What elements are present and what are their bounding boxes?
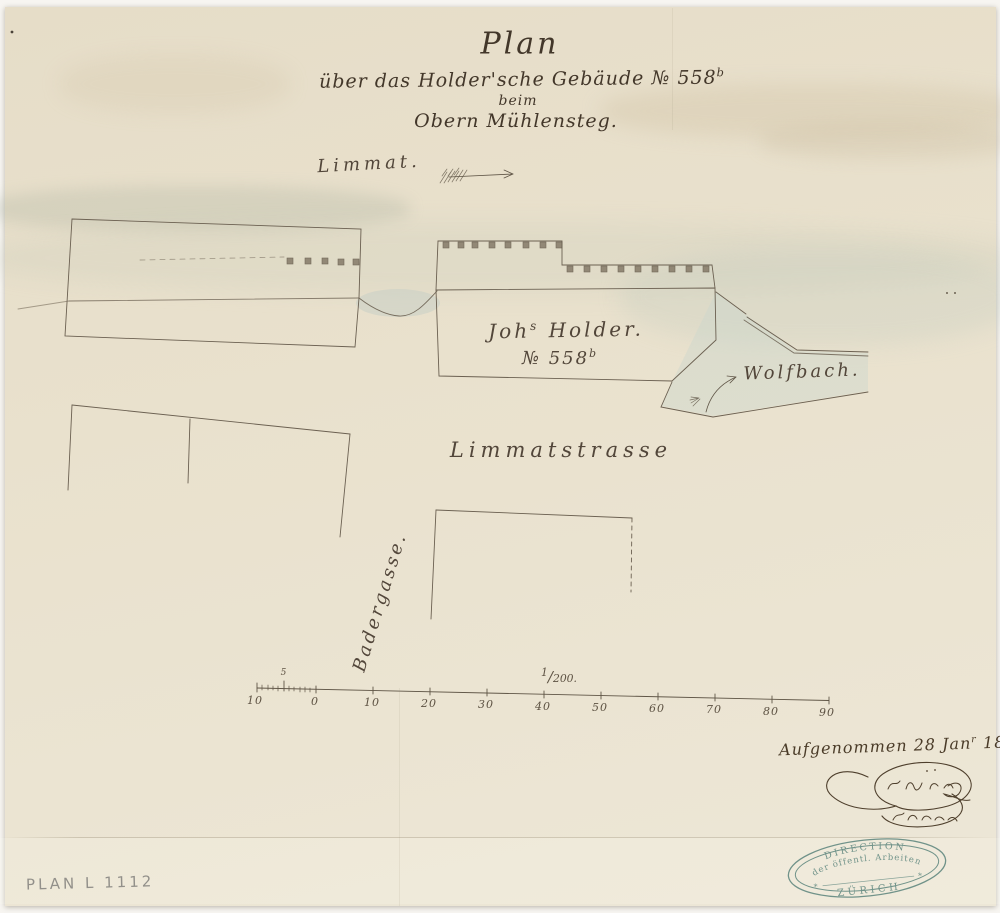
scale-tick-label: 60 bbox=[649, 702, 665, 715]
plan-subtitle: über das Holder'sche Gebäude № 558b bbox=[319, 65, 725, 93]
stamp-ornament-right: * bbox=[918, 871, 923, 880]
vertical-crease-1 bbox=[399, 688, 400, 906]
scale-subdivision-label: 5 bbox=[281, 668, 288, 678]
scale-tick-label: 40 bbox=[535, 700, 551, 713]
plan-title: Plan bbox=[481, 27, 560, 62]
owner-name-sup: s bbox=[530, 319, 539, 333]
building-number: № 558 bbox=[522, 348, 589, 369]
plan-title-beim: beim bbox=[499, 93, 538, 109]
plan-subtitle-text: über das Holder'sche Gebäude № 558 bbox=[319, 67, 717, 93]
survey-note-year: 1853 bbox=[977, 732, 1000, 753]
scanned-plan-sheet: Plan über das Holder'sche Gebäude № 558b… bbox=[0, 0, 1000, 913]
scale-tick-label: 90 bbox=[819, 706, 835, 719]
scale-tick-label: 30 bbox=[478, 698, 494, 711]
scale-ratio-numerator: 1 bbox=[541, 666, 548, 679]
scale-tick-label: 80 bbox=[763, 705, 779, 718]
scale-tick-label: 0 bbox=[311, 695, 319, 708]
scale-tick-label: 20 bbox=[421, 697, 437, 710]
limmatstrasse-street-label: Limmatstrasse bbox=[450, 438, 672, 462]
plan-title-location: Obern Mühlensteg. bbox=[414, 110, 618, 132]
scale-ratio-denominator: 200. bbox=[553, 672, 577, 685]
scale-ratio-label: 1/200. bbox=[541, 666, 577, 686]
building-number-sup: b bbox=[589, 347, 598, 360]
scale-tick-label: 10 bbox=[364, 696, 380, 709]
owner-name: Joh bbox=[488, 319, 530, 344]
stamp-ornament-left: * bbox=[813, 882, 818, 891]
scale-tick-label: 70 bbox=[706, 703, 722, 716]
scale-tick-label: 10 bbox=[247, 694, 263, 707]
building-owner-label: Johs Holder. bbox=[488, 317, 644, 344]
wolfbach-stream-label: Wolfbach. bbox=[743, 359, 861, 384]
plan-subtitle-sup: b bbox=[717, 65, 725, 79]
building-number-label: № 558b bbox=[522, 347, 598, 369]
archive-pencil-note: PLAN L 1112 bbox=[26, 872, 155, 893]
owner-name-post: Holder. bbox=[539, 317, 644, 343]
scale-tick-label: 50 bbox=[592, 701, 608, 714]
